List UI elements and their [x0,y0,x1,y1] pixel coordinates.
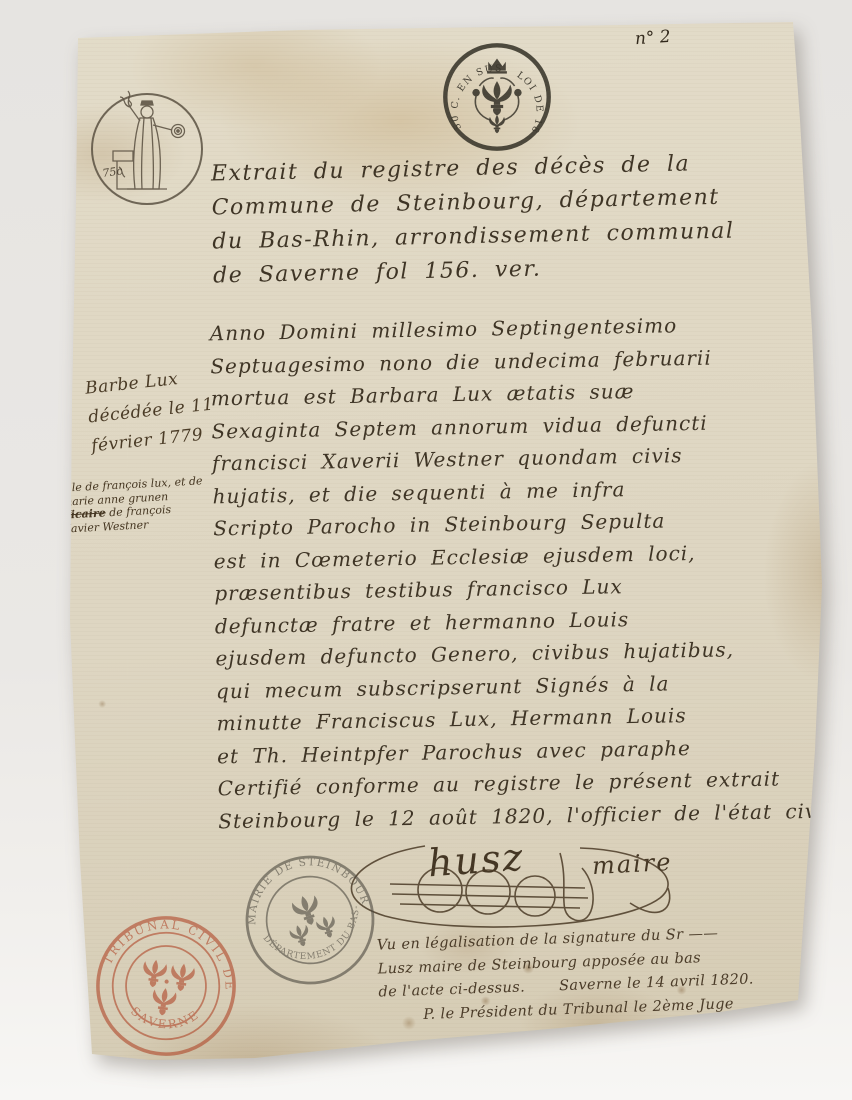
margin-note: Barbe Lux décédée le 11 février 1779 [84,362,218,462]
legalisation-line3a: de l'acte ci-dessus. [378,979,525,1000]
tribunal-stamp-icon: TRIBUNAL CIVIL DE SAVERNE [82,902,249,1069]
margin-small-after-struck: de françois [105,503,171,519]
allegorical-figure-icon [113,91,185,189]
legalisation-line3b: Saverne le 14 avril 1820. [559,971,754,994]
svg-text:TRIBUNAL CIVIL DE: TRIBUNAL CIVIL DE [98,909,245,995]
tribunal-stamp-top-text: TRIBUNAL CIVIL DE [98,909,245,995]
photograph-background: 75c [0,0,852,1100]
document-header: Extrait du registre des décès de la Comm… [211,147,736,294]
stamp-center-ornament-icon [280,889,339,949]
stamp-center-fleurs-icon [137,958,196,1019]
legalisation-note: Vu en légalisation de la signature du Sr… [376,921,755,1028]
page-number: n° 2 [634,27,671,49]
revenue-stamp-75c-icon: 75c [86,88,208,210]
document-body: Anno Domini millesimo Septingentesimo Se… [210,307,833,838]
struck-word: Vicaire [62,506,106,521]
stamp-value-label: 75c [102,164,124,180]
fiscal-stamp-50c-icon: 50 C. EN SUS LOI DE 1816 [442,42,552,152]
margin-note-small: fille de françois lux, et de marie anne … [61,474,205,535]
document-paper: 75c [0,0,852,1100]
document-paper-wrapper: 75c [0,0,852,1100]
spacer [525,990,559,991]
